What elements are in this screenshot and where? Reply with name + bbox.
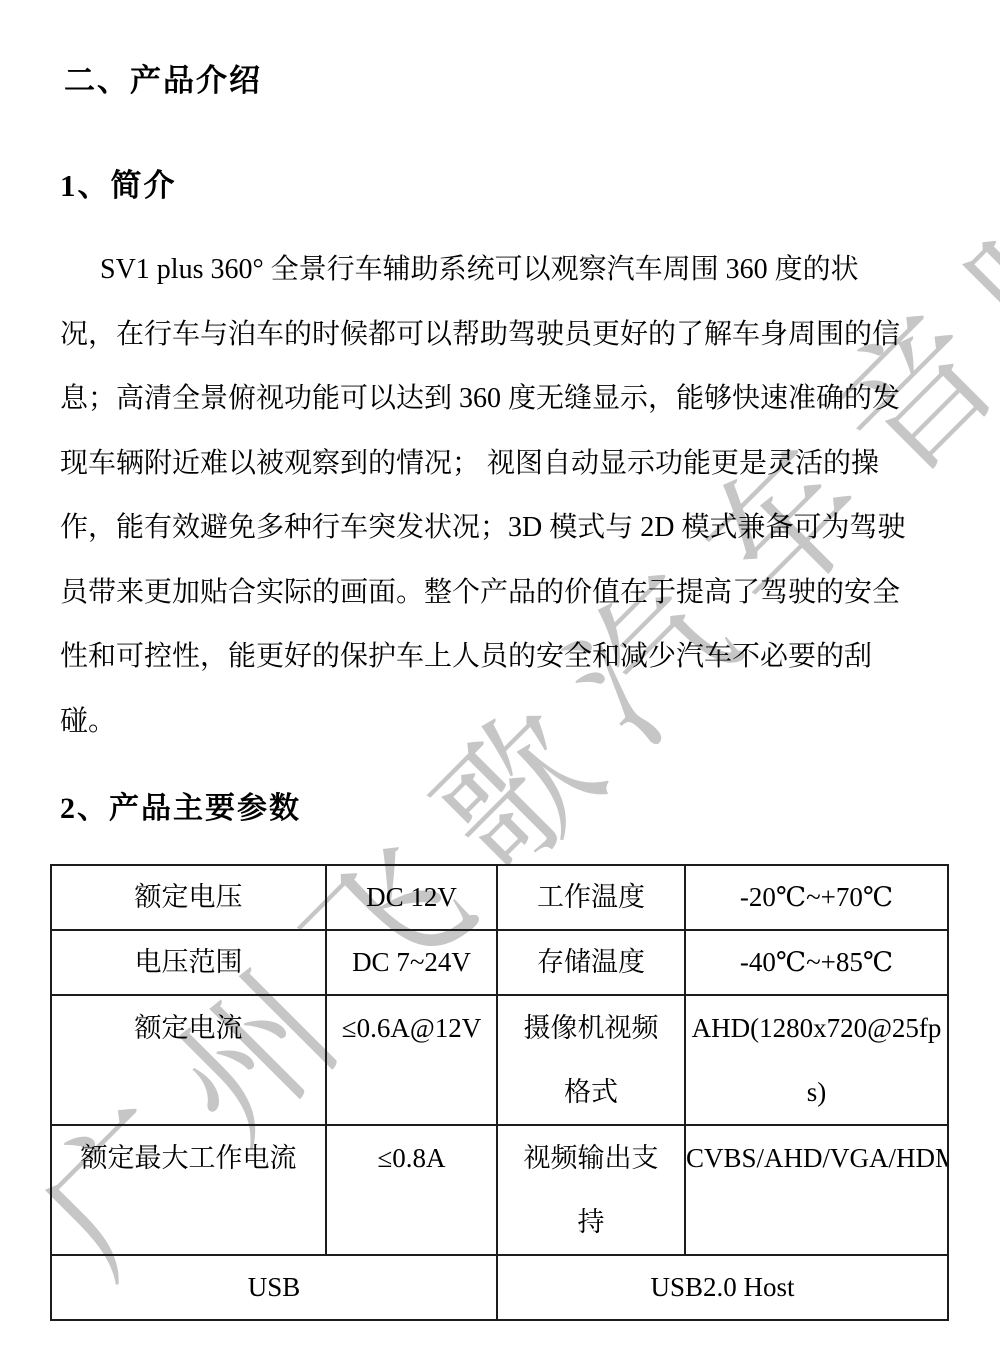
max-working-current-value: ≤0.8A [326, 1125, 497, 1255]
rated-current-value: ≤0.6A@12V [326, 995, 497, 1125]
intro-paragraph: SV1 plus 360° 全景行车辅助系统可以观察汽车周围 360 度的状 况… [60, 238, 912, 754]
camera-video-format-value: AHD(1280x720@25fp s) [685, 995, 948, 1125]
voltage-range-label: 电压范围 [51, 930, 326, 995]
paragraph-line: 碰。 [60, 690, 912, 755]
subsection-heading-params: 2、产品主要参数 [60, 783, 301, 827]
paragraph-line: SV1 plus 360° 全景行车辅助系统可以观察汽车周围 360 度的状 [60, 238, 912, 303]
table-row: 额定电流 ≤0.6A@12V 摄像机视频 格式 AHD(1280x720@25f… [51, 995, 948, 1125]
table-row: 电压范围 DC 7~24V 存储温度 -40℃~+85℃ [51, 930, 948, 995]
spec-table: 额定电压 DC 12V 工作温度 -20℃~+70℃ 电压范围 DC 7~24V… [50, 864, 949, 1321]
video-output-label: 视频输出支 持 [497, 1125, 685, 1255]
paragraph-line: 息；高清全景俯视功能可以达到 360 度无缝显示，能够快速准确的发 [60, 367, 912, 432]
storage-temp-label: 存储温度 [497, 930, 685, 995]
paragraph-line: 作，能有效避免多种行车突发状况；3D 模式与 2D 模式兼备可为驾驶 [60, 496, 912, 561]
max-working-current-label: 额定最大工作电流 [51, 1125, 326, 1255]
rated-current-label: 额定电流 [51, 995, 326, 1125]
paragraph-line: 况，在行车与泊车的时候都可以帮助驾驶员更好的了解车身周围的信 [60, 303, 912, 368]
subsection-heading-intro: 1、简介 [60, 160, 177, 205]
table-row: USB USB2.0 Host [51, 1255, 948, 1320]
paragraph-line: 员带来更加贴合实际的画面。整个产品的价值在于提高了驾驶的安全 [60, 561, 912, 626]
rated-voltage-value: DC 12V [326, 865, 497, 930]
camera-video-format-label: 摄像机视频 格式 [497, 995, 685, 1125]
section-heading: 二、产品介绍 [64, 55, 262, 100]
storage-temp-value: -40℃~+85℃ [685, 930, 948, 995]
table-row: 额定最大工作电流 ≤0.8A 视频输出支 持 CVBS/AHD/VGA/HDMI [51, 1125, 948, 1255]
working-temp-value: -20℃~+70℃ [685, 865, 948, 930]
rated-voltage-label: 额定电压 [51, 865, 326, 930]
voltage-range-value: DC 7~24V [326, 930, 497, 995]
video-output-value: CVBS/AHD/VGA/HDMI [685, 1125, 948, 1255]
document-page: 广州飞歌汽车音响有限公司 二、产品介绍 1、简介 SV1 plus 360° 全… [0, 0, 1000, 1368]
usb-value: USB2.0 Host [497, 1255, 948, 1320]
paragraph-line: 现车辆附近难以被观察到的情况； 视图自动显示功能更是灵活的操 [60, 432, 912, 497]
paragraph-line: 性和可控性，能更好的保护车上人员的安全和减少汽车不必要的刮 [60, 625, 912, 690]
usb-label: USB [51, 1255, 497, 1320]
working-temp-label: 工作温度 [497, 865, 685, 930]
table-row: 额定电压 DC 12V 工作温度 -20℃~+70℃ [51, 865, 948, 930]
